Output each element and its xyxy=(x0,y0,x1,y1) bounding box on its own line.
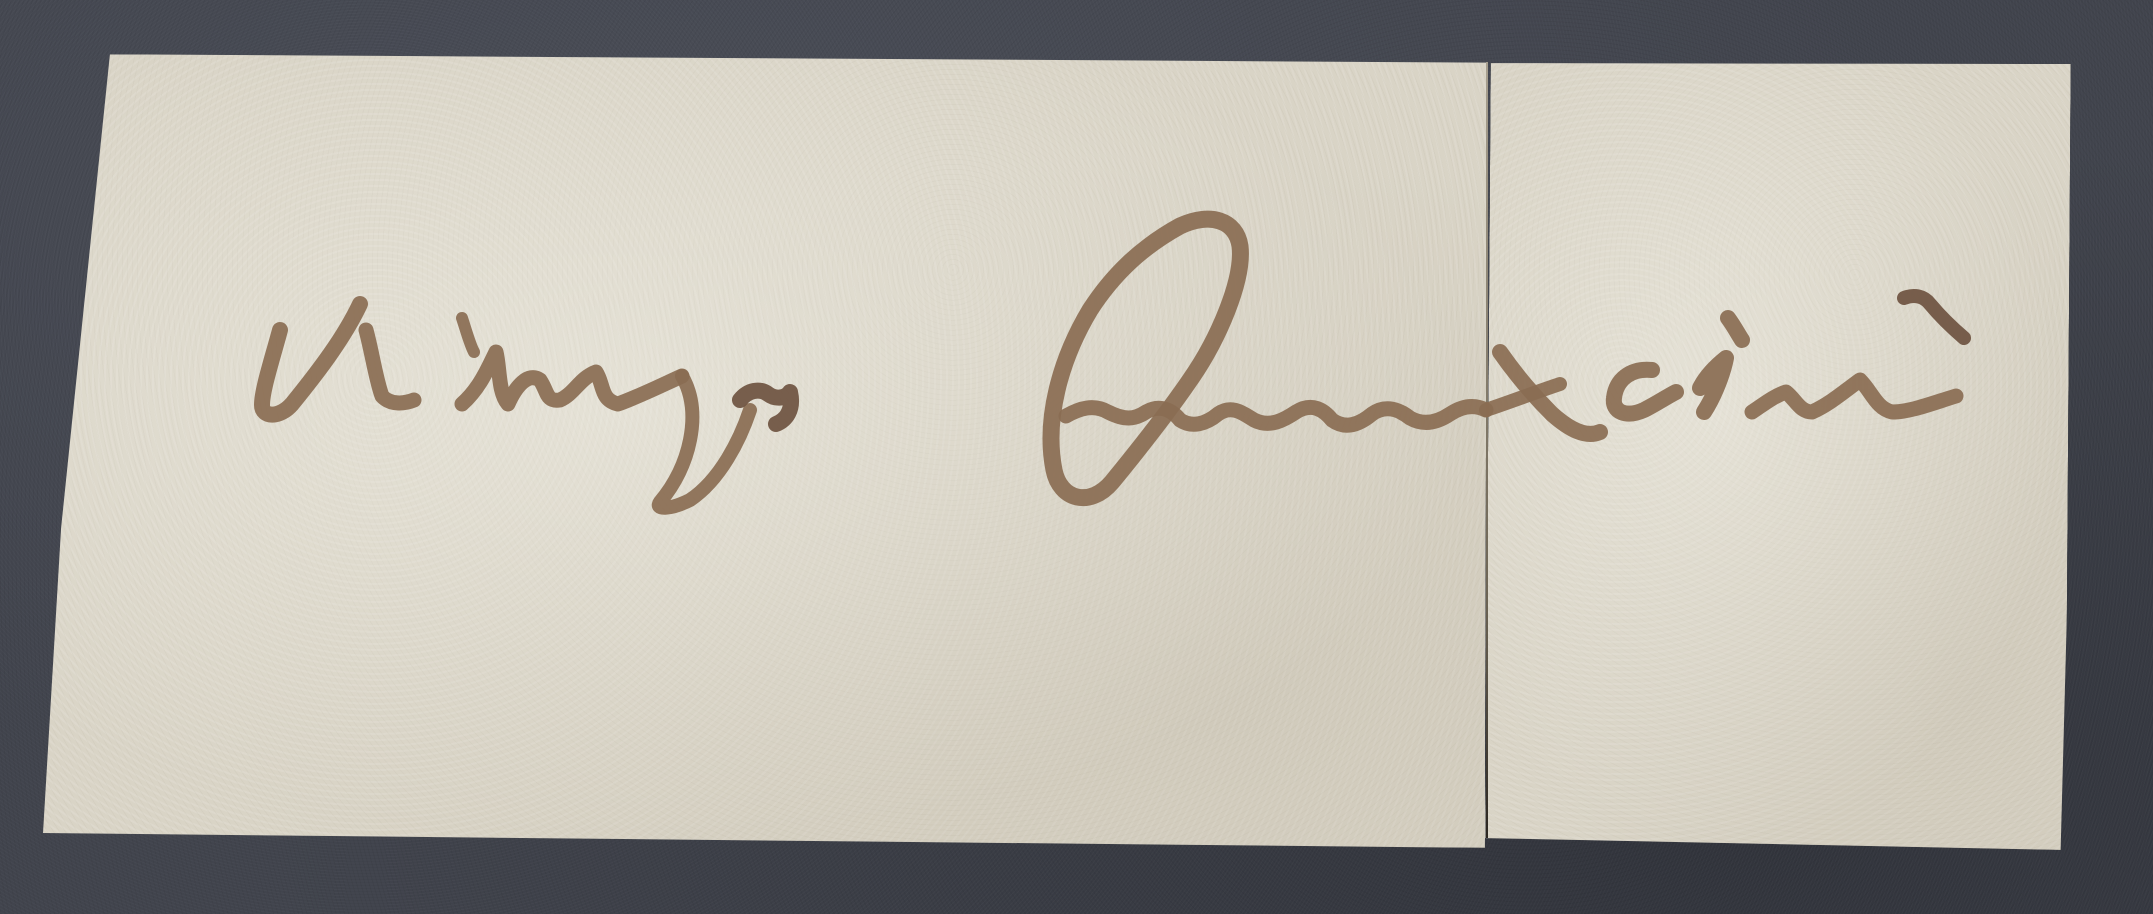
paper-piece-right xyxy=(1485,60,2070,850)
paper-piece-left xyxy=(43,54,1487,848)
paper-join-seam xyxy=(1486,62,1488,838)
photo-scene: Vincenzo Camuccini xyxy=(0,0,2153,914)
